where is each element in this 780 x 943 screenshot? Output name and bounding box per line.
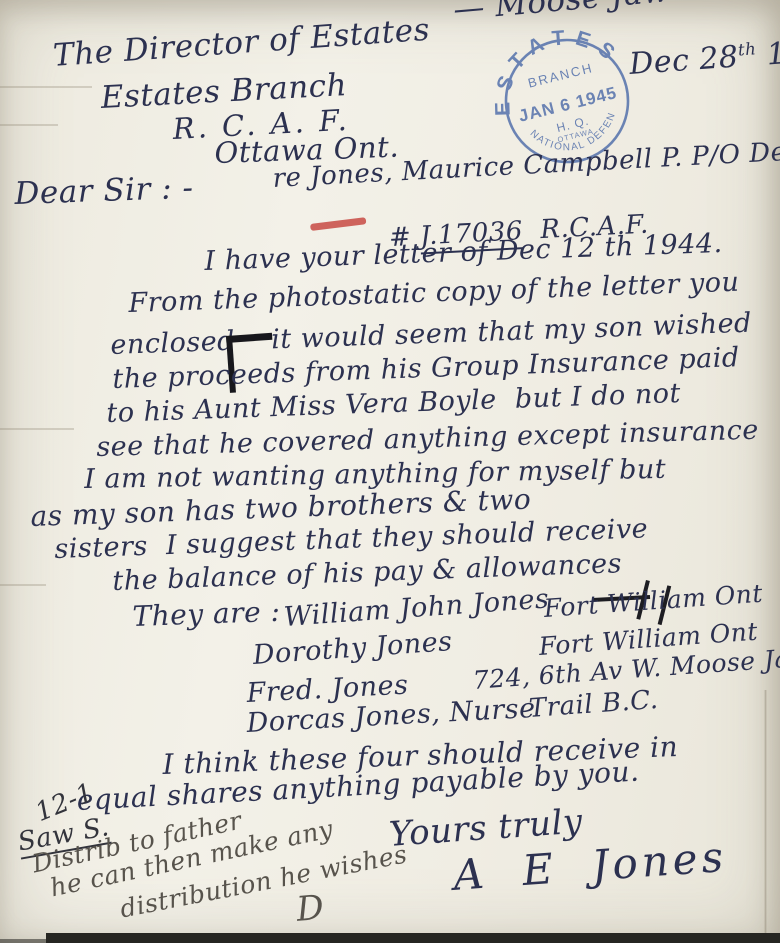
address-row-4: Trail B.C. <box>528 687 659 723</box>
salutation: Dear Sir : - <box>14 172 194 211</box>
crease-line <box>0 124 58 126</box>
crease-line <box>0 86 92 88</box>
recipient-line-1: The Director of Estates <box>52 14 431 73</box>
crease-line <box>0 584 46 586</box>
clerk-initial: D <box>295 891 326 929</box>
name-row-1: William John Jones <box>283 585 550 632</box>
letter-scan: — Moose Jaw Sask Dec 28th 1944. ESTATES … <box>0 0 780 943</box>
stamp-branch-text: BRANCH <box>526 60 595 91</box>
date-day: Dec 28 <box>628 39 740 82</box>
date-year: 1944. <box>755 31 780 73</box>
scan-edge-strip <box>46 933 780 943</box>
name-row-2: Dorothy Jones <box>252 628 453 670</box>
date-ordinal: th <box>737 39 757 59</box>
names-intro: They are : <box>132 597 281 632</box>
crease-line <box>0 428 74 430</box>
crease-line-vertical <box>764 690 767 943</box>
scan-edge-strip-left <box>0 939 46 943</box>
